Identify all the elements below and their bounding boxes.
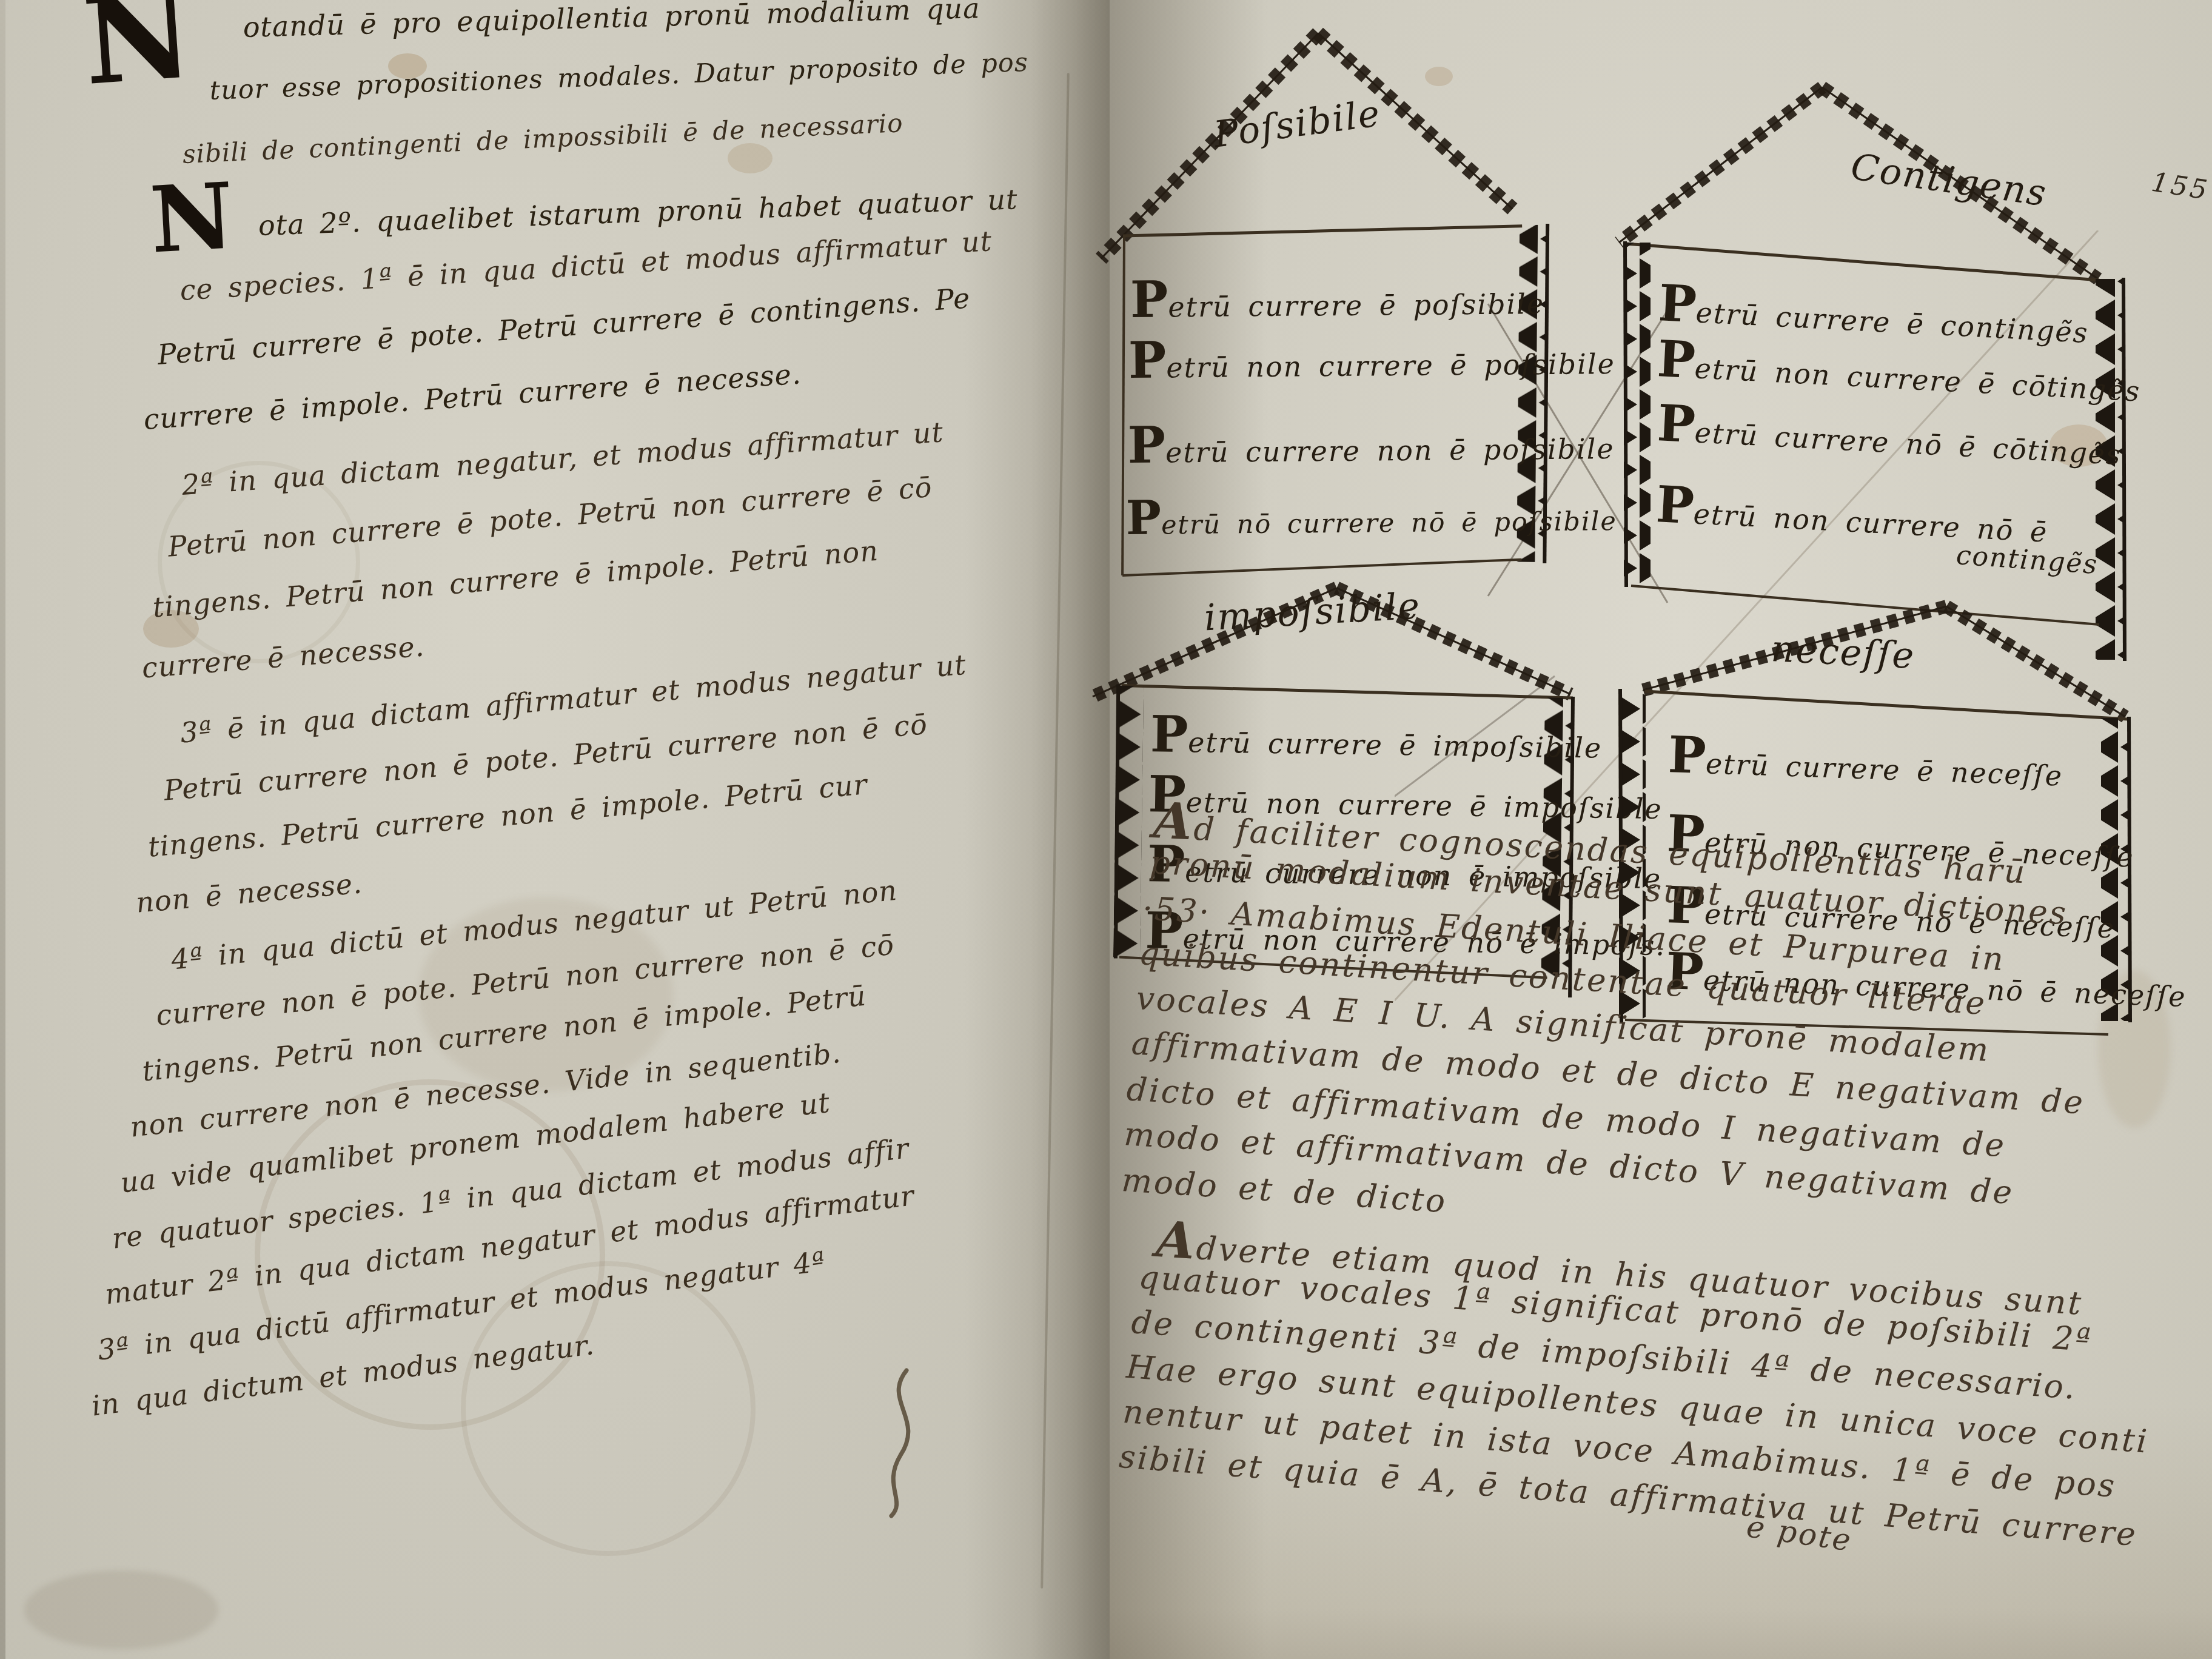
manuscript-line: non ē necesse. [135, 866, 364, 919]
diagram-possibile: Poſsibile Petrū currere ē poſsibile Petr… [1116, 22, 1558, 590]
manuscript-photo: N N otandū ē pro equipollentia pronū mod… [0, 0, 2212, 1659]
initial-letter-N: N [149, 179, 235, 256]
manuscript-line: tuor esse propositiones modales. Datur p… [209, 47, 1029, 106]
tablet-row: Petrū currere ē poſsibile [1130, 266, 1545, 329]
initial-letter-N: N [81, 0, 196, 90]
tablet-row: Petrū non currere ē poſsibile [1128, 326, 1615, 390]
tablet-title: neceſſe [1770, 628, 1916, 677]
paper-stain [24, 1570, 218, 1649]
ink-flourish [849, 1364, 946, 1522]
diagram-contingens: Contigens Petrū currere ē contingẽs Petr… [1613, 61, 2140, 667]
initial-letter-A: A [1152, 791, 1196, 851]
left-page: N N otandū ē pro equipollentia pronū mod… [0, 0, 1110, 1659]
manuscript-line: currere ē impole. Petrū currere ē necess… [142, 357, 802, 436]
manuscript-line: sibili de contingenti de impossibili ē d… [182, 108, 903, 169]
tablet-row: Petrū currere non ē poſsibile [1127, 411, 1614, 475]
manuscript-line: otandū ē pro equipollentia pronū modaliu… [243, 0, 980, 44]
tablet-row: Petrū currere ē impoſsibile [1150, 704, 1603, 769]
photo-left-edge [0, 0, 5, 1659]
tablet-row: Petrū nō currere nō ē poſsibile [1125, 486, 1617, 546]
paper-stain [728, 143, 773, 173]
